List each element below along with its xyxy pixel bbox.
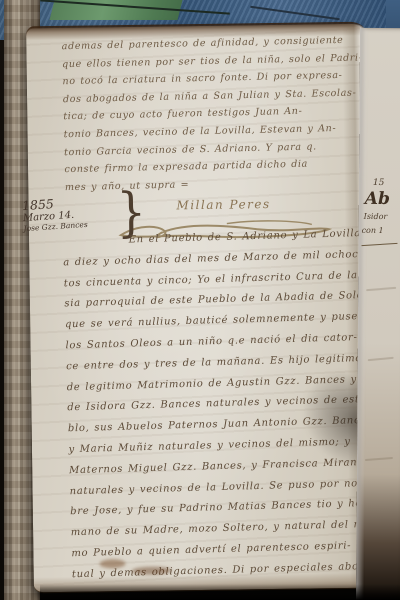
baptism-record-text: En el Pueblo de S. Adriano y La Lovilla … [63, 227, 400, 590]
handwritten-line: ademas del parentesco de afinidad, y con… [62, 34, 363, 58]
faint-text-mark [365, 457, 393, 461]
handwritten-line: tos cincuenta y cinco; Yo el infrascrito… [64, 268, 400, 298]
stain-spot [100, 559, 126, 568]
handwritten-line: mo Pueblo a quien advertí el parentesco … [71, 539, 400, 569]
handwritten-line: mes y año, ut supra = [65, 175, 366, 199]
manuscript-page: ademas del parentesco de afinidad, y con… [26, 24, 374, 593]
handwritten-line: En el Pueblo de S. Adriano y La Lovilla … [63, 227, 400, 257]
handwritten-line: tica; de cuyo acto fueron testigos Juan … [63, 105, 364, 129]
handwritten-line: conste firmo la expresada partida dicho … [64, 158, 365, 182]
handwritten-line: no tocó la criatura in sacro fonte. Di p… [62, 70, 363, 94]
margin-date: Marzo 14. [23, 209, 88, 224]
margin-name: Jose Gzz. Bances [23, 220, 88, 233]
margin-note: 1855 Marzo 14. Jose Gzz. Bances [22, 194, 88, 233]
handwritten-line: a diez y ocho dias del mes de Marzo de m… [63, 247, 400, 277]
facing-margin-name-fragment: Isidor [364, 212, 388, 221]
bottom-shadow [40, 584, 400, 600]
facing-text-fragment: con 1 [362, 226, 384, 235]
handwritten-line: de legitimo Matrimonio de Agustin Gzz. B… [67, 372, 400, 402]
margin-brace: } [116, 181, 146, 244]
handwritten-line: y Maria Muñiz naturales y vecinos del mi… [68, 435, 400, 465]
faint-text-mark [366, 287, 396, 291]
handwritten-line: blo, sus Abuelos Paternos Juan Antonio G… [68, 414, 400, 444]
handwritten-line: bre Jose, y fue su Padrino Matias Bances… [70, 497, 400, 527]
stain-spot [132, 566, 172, 575]
signature-rubric [107, 216, 337, 245]
handwritten-line: tonio Bances, vecino de la Lovilla, Este… [64, 122, 365, 146]
handwritten-line: naturales y vecinos de la Lovilla. Se pu… [70, 476, 400, 506]
previous-record-text: ademas del parentesco de afinidad, y con… [62, 34, 366, 199]
handwritten-line: mano de su Madre, mozo Soltero, y natura… [71, 518, 400, 548]
facing-margin-year-fragment: 15 [373, 178, 385, 188]
margin-year: 1855 [22, 194, 87, 213]
handwritten-line: Maternos Miguel Gzz. Bances, y Francisca… [69, 455, 400, 485]
facing-underline [361, 243, 397, 246]
handwritten-line: dos abogados de la niña a San Julian y S… [63, 87, 364, 111]
photograph-of-manuscript: ademas del parentesco de afinidad, y con… [0, 0, 400, 600]
handwritten-line: los Santos Oleos a un niño q.e nació el … [65, 331, 400, 361]
handwritten-line: que se verá nullius, bauticé solemnement… [65, 310, 400, 340]
signature-name: Millan Peres [133, 196, 313, 213]
facing-margin-month-fragment: Ab [365, 189, 390, 209]
handwritten-line: ce entre dos y tres de la mañana. Es hij… [66, 351, 400, 381]
handwritten-line: de Isidora Gzz. Bances naturales y vecin… [67, 393, 400, 423]
handwritten-line: tonio Garcia vecinos de S. Adriano. Y pa… [64, 140, 365, 164]
handwritten-line: sia parroquial de este Pueblo de la Abad… [64, 289, 400, 319]
handwritten-line: que ellos tienen por ser tios de la niña… [62, 52, 363, 76]
faint-text-mark [368, 357, 394, 362]
facing-page-edge: 15 Ab Isidor con 1 [356, 28, 400, 600]
